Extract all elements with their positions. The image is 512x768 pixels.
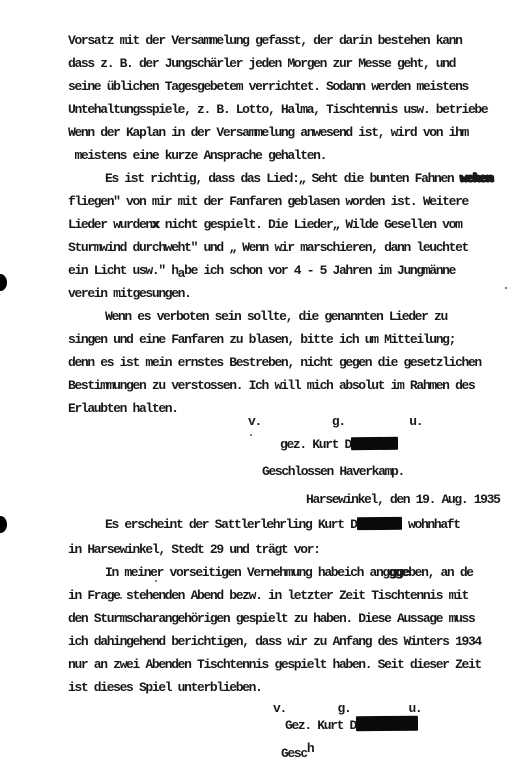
text-segment: Erlaubten halten. bbox=[68, 401, 178, 416]
text-segment: in Harsewinkel, Stedt 29 und trägt vor: bbox=[68, 542, 320, 557]
redaction-mark bbox=[356, 716, 418, 732]
document-line: Untehaltungsspiele, z. B. Lotto, Halma, … bbox=[68, 98, 508, 121]
text-segment: denn es ist mein ernstes Bestreben, nich… bbox=[68, 355, 481, 370]
document-line: In meiner vorseitigen Vernehmung habeich… bbox=[68, 561, 508, 584]
text-segment: singen und eine Fanfaren zu blasen, bitt… bbox=[68, 332, 455, 347]
text-segment: Gesc bbox=[281, 746, 307, 761]
text-segment: ein Licht usw." h bbox=[68, 263, 178, 278]
document-line: ein Licht usw." habe ich schon vor 4 - 5… bbox=[68, 259, 508, 282]
text-segment: gge bbox=[389, 565, 408, 580]
document-line: Bestimmungen zu verstossen. Ich will mic… bbox=[68, 374, 508, 397]
text-segment: Lieder wurden bbox=[68, 217, 152, 232]
document-line: nur an zwei Abenden Tischtennis gespielt… bbox=[68, 653, 508, 676]
text-segment: Es erscheint der Sattlerlehrling Kurt D bbox=[105, 517, 357, 532]
text-segment: h bbox=[307, 737, 313, 760]
document-line: Harsewinkel, den 19. Aug. 1935 bbox=[68, 488, 508, 511]
text-segment: ben, an de bbox=[408, 565, 473, 580]
redaction-mark bbox=[357, 517, 402, 530]
document-line: Gesch bbox=[68, 742, 508, 765]
text-segment: Harsewinkel, den 19. Aug. 1935 bbox=[306, 492, 500, 507]
document-line: singen und eine Fanfaren zu blasen, bitt… bbox=[68, 328, 508, 351]
text-segment: fliegen" von mir mit der Fanfaren geblas… bbox=[68, 194, 468, 209]
document-line: dass z. B. der Jungschärler jeden Morgen… bbox=[68, 52, 508, 75]
text-segment: Gez. Kurt D bbox=[285, 718, 356, 733]
document-line: verein mitgesungen. bbox=[68, 282, 508, 305]
document-line: seine üblichen Tagesgebetem verrichtet. … bbox=[68, 75, 508, 98]
text-segment: nur an zwei Abenden Tischtennis gespielt… bbox=[68, 657, 481, 672]
text-segment: den Sturmscharangehörigen gespielt zu ha… bbox=[68, 611, 474, 626]
document-line: Geschlossen Haverkamp. bbox=[68, 460, 508, 483]
text-segment: ich dahingehend berichtigen, dass wir zu… bbox=[68, 634, 481, 649]
text-segment: Wenn es verboten sein sollte, die genann… bbox=[105, 309, 447, 324]
document-text-body: Vorsatz mit der Versammelung gefasst, de… bbox=[0, 29, 512, 765]
text-segment: meistens eine kurze Ansprache gehalten. bbox=[68, 148, 326, 163]
text-segment: Wenn der Kaplan in der Versammelung anwe… bbox=[68, 125, 468, 140]
document-line: in Frage stehenden Abend bezw. in letzte… bbox=[68, 584, 508, 607]
document-line: Es erscheint der Sattlerlehrling Kurt D … bbox=[68, 513, 508, 536]
text-segment: Es ist richtig, dass das Lied:„ Seht die… bbox=[105, 171, 460, 186]
text-segment: seine üblichen Tagesgebetem verrichtet. … bbox=[68, 79, 468, 94]
text-segment: verein mitgesungen. bbox=[68, 286, 191, 301]
document-line: Lieder wurdenx nicht gespielt. Die Liede… bbox=[68, 213, 508, 236]
document-line: in Harsewinkel, Stedt 29 und trägt vor: bbox=[68, 538, 508, 561]
document-line: ist dieses Spiel unterblieben. bbox=[68, 676, 508, 699]
document-line: gez. Kurt D bbox=[68, 433, 508, 456]
text-segment: gez. Kurt D bbox=[280, 437, 351, 452]
text-segment: Untehaltungsspiele, z. B. Lotto, Halma, … bbox=[68, 102, 487, 117]
document-line: Sturmwind durchweht" und „ Wenn wir mars… bbox=[68, 236, 508, 259]
document-line: denn es ist mein ernstes Bestreben, nich… bbox=[68, 351, 508, 374]
text-segment: dass z. B. der Jungschärler jeden Morgen… bbox=[68, 56, 455, 71]
text-segment: in Frage stehenden Abend bezw. in letzte… bbox=[68, 588, 468, 603]
text-segment: Sturmwind durchweht" und „ Wenn wir mars… bbox=[68, 240, 468, 255]
text-segment: In meiner vorseitigen Vernehmung habeich… bbox=[105, 565, 389, 580]
text-segment: Bestimmungen zu verstossen. Ich will mic… bbox=[68, 378, 474, 393]
text-segment: wohnhaft bbox=[402, 517, 460, 532]
text-segment: v. g. u. bbox=[248, 414, 422, 429]
document-line: Gez. Kurt D bbox=[68, 714, 508, 737]
document-line: Wenn der Kaplan in der Versammelung anwe… bbox=[68, 121, 508, 144]
text-segment: ist dieses Spiel unterblieben. bbox=[68, 680, 262, 695]
text-segment: a bbox=[178, 262, 184, 285]
document-line: fliegen" von mir mit der Fanfaren geblas… bbox=[68, 190, 508, 213]
text-segment: Vorsatz mit der Versammelung gefasst, de… bbox=[68, 33, 462, 48]
redaction-mark bbox=[351, 437, 398, 450]
document-line: Es ist richtig, dass das Lied:„ Seht die… bbox=[68, 167, 508, 190]
text-segment: Geschlossen Haverkamp. bbox=[262, 464, 404, 479]
overstruck-word: wehen bbox=[460, 171, 492, 186]
document-line: den Sturmscharangehörigen gespielt zu ha… bbox=[68, 607, 508, 630]
text-segment: nicht gespielt. Die Lieder„ Wilde Gesell… bbox=[158, 217, 461, 232]
document-line: meistens eine kurze Ansprache gehalten. bbox=[68, 144, 508, 167]
text-segment: be ich schon vor 4 - 5 Jahren im Jungmän… bbox=[184, 263, 455, 278]
scanned-document-page: Vorsatz mit der Versammelung gefasst, de… bbox=[0, 0, 512, 768]
document-line: ich dahingehend berichtigen, dass wir zu… bbox=[68, 630, 508, 653]
document-line: Wenn es verboten sein sollte, die genann… bbox=[68, 305, 508, 328]
document-line: Vorsatz mit der Versammelung gefasst, de… bbox=[68, 29, 508, 52]
